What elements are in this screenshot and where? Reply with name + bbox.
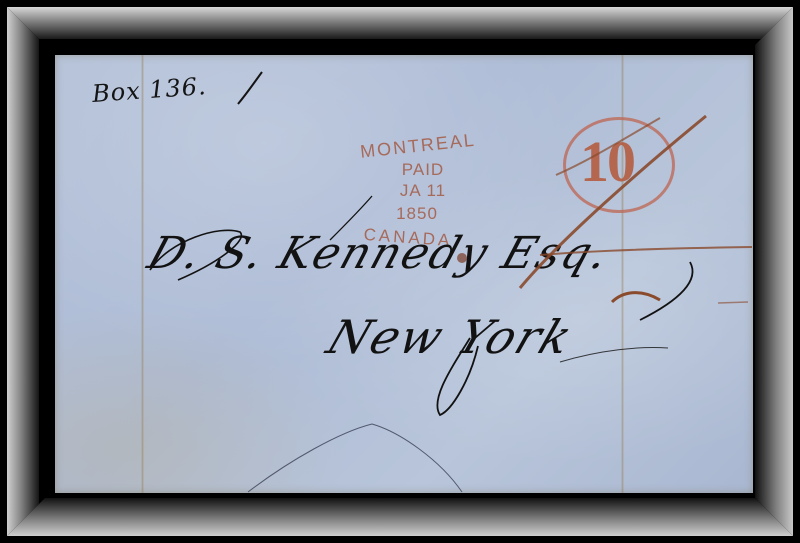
addressee-name: D. S. Kennedy Esq.	[142, 228, 617, 279]
frame-bevel-right	[755, 7, 793, 536]
postmark-date: JA 11	[368, 181, 478, 201]
frame-bevel-top	[7, 7, 793, 39]
postmark-status: PAID	[368, 160, 478, 180]
frame-bevel-left	[7, 7, 39, 536]
address-city: New York	[320, 310, 581, 364]
postmark-year: 1850	[362, 204, 472, 224]
rate-mark-numeral: 10	[580, 128, 634, 195]
frame-bevel-bottom	[7, 498, 793, 536]
